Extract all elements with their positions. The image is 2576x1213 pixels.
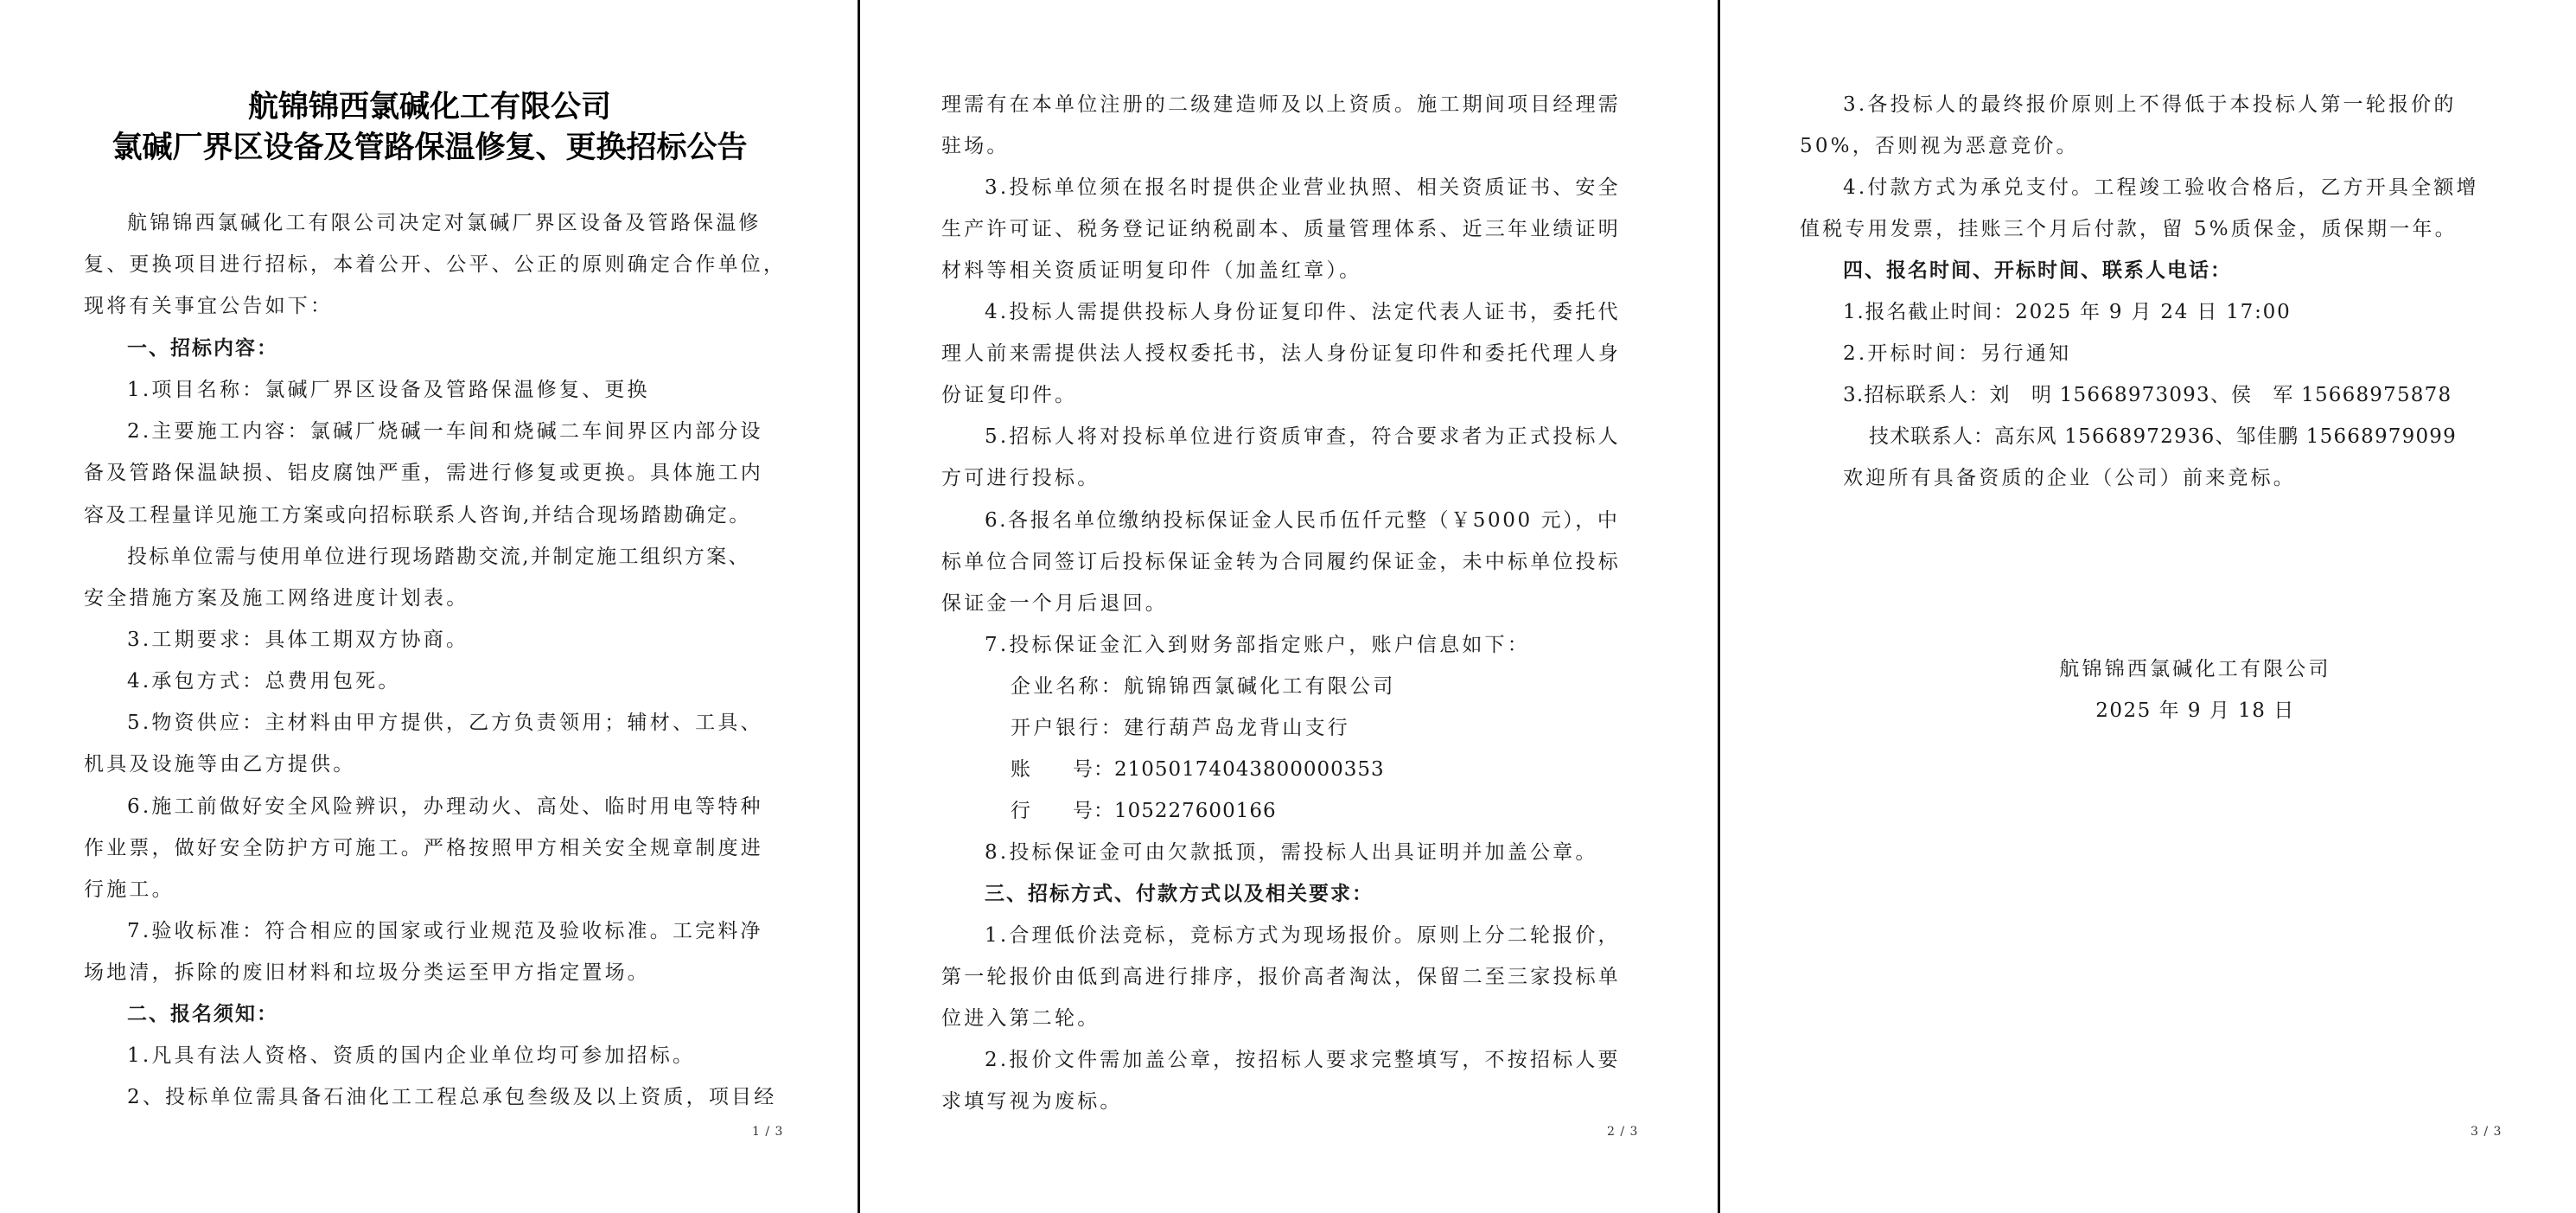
body-line: 8.投标保证金可由欠款抵顶，需投标人出具证明并加盖公章。	[941, 840, 1598, 865]
body-line: 安全措施方案及施工网络进度计划表。	[84, 586, 469, 610]
body-line: 保证金一个月后退回。	[941, 591, 1168, 616]
body-line: 位进入第二轮。	[941, 1006, 1100, 1031]
body-line: 50%，否则视为恶意竞价。	[1800, 134, 2079, 158]
account-number: 账 号：21050174043800000353	[941, 757, 1385, 782]
body-line: 生产许可证、税务登记证纳税副本、质量管理体系、近三年业绩证明	[941, 217, 1621, 241]
body-line: 4.承包方式：总费用包死。	[84, 669, 401, 693]
body-line: 5.招标人将对投标单位进行资质审查，符合要求者为正式投标人	[941, 425, 1621, 449]
page-2-content: 理需有在本单位注册的二级建造师及以上资质。施工期间项目经理需 驻场。 3.投标单…	[941, 0, 1637, 1213]
body-line: 行施工。	[84, 878, 175, 902]
body-line: 驻场。	[941, 134, 1010, 158]
body-line: 2.主要施工内容：氯碱厂烧碱一车间和烧碱二车间界区内部分设	[84, 419, 763, 444]
signature-company: 航锦锦西氯碱化工有限公司	[1895, 657, 2496, 681]
bid-opening-time: 2.开标时间：另行通知	[1800, 342, 2071, 366]
body-line: 3.工期要求：具体工期双方协商。	[84, 628, 469, 652]
body-line: 4.付款方式为承兑支付。工程竣工验收合格后，乙方开具全额增	[1800, 176, 2479, 200]
notice-title-subject: 氯碱厂界区设备及管路保温修复、更换招标公告	[84, 124, 775, 167]
section-heading-4: 四、报名时间、开标时间、联系人电话：	[1800, 259, 2232, 283]
welcome-line: 欢迎所有具备资质的企业（公司）前来竞标。	[1800, 466, 2296, 490]
bank-code: 行 号：105227600166	[941, 799, 1277, 823]
body-line: 6.施工前做好安全风险辨识，办理动火、高处、临时用电等特种	[84, 795, 763, 819]
body-line: 备及管路保温缺损、铝皮腐蚀严重，需进行修复或更换。具体施工内	[84, 461, 763, 485]
signature-date: 2025 年 9 月 18 日	[1895, 699, 2496, 723]
body-line: 2.报价文件需加盖公章，按招标人要求完整填写，不按招标人要	[941, 1048, 1621, 1072]
page-1: 航锦锦西氯碱化工有限公司 氯碱厂界区设备及管路保温修复、更换招标公告 航锦锦西氯…	[0, 0, 858, 1213]
body-line: 7.投标保证金汇入到财务部指定账户，账户信息如下：	[941, 633, 1530, 657]
body-line: 4.投标人需提供投标人身份证复印件、法定代表人证书，委托代	[941, 300, 1621, 324]
page-1-content: 航锦锦西氯碱化工有限公司 氯碱厂界区设备及管路保温修复、更换招标公告 航锦锦西氯…	[84, 0, 775, 1213]
body-line: 1.凡具有法人资格、资质的国内企业单位均可参加招标。	[84, 1044, 695, 1068]
intro-line: 现将有关事宜公告如下：	[84, 294, 333, 318]
body-line: 3.投标单位须在报名时提供企业营业执照、相关资质证书、安全	[941, 176, 1621, 200]
notice-title-company: 航锦锦西氯碱化工有限公司	[84, 83, 775, 126]
tender-contacts: 3.招标联系人：刘 明 15668973093、侯 军 15668975878	[1800, 383, 2452, 407]
account-bank: 开户银行：建行葫芦岛龙背山支行	[941, 716, 1350, 740]
account-company-name: 企业名称：航锦锦西氯碱化工有限公司	[941, 674, 1395, 699]
body-line: 理需有在本单位注册的二级建造师及以上资质。施工期间项目经理需	[941, 93, 1621, 117]
page-number: 1 / 3	[752, 1125, 783, 1139]
page-number: 2 / 3	[1607, 1125, 1638, 1139]
body-line: 7.验收标准：符合相应的国家或行业规范及验收标准。工完料净	[84, 919, 763, 943]
section-heading-3: 三、招标方式、付款方式以及相关要求：	[941, 882, 1374, 906]
intro-line: 航锦锦西氯碱化工有限公司决定对氯碱厂界区设备及管路保温修	[84, 211, 762, 235]
body-line: 方可进行投标。	[941, 466, 1100, 490]
body-line: 5.物资供应：主材料由甲方提供，乙方负责领用；辅材、工具、	[84, 711, 763, 735]
body-line: 机具及设施等由乙方提供。	[84, 752, 355, 776]
body-line: 投标单位需与使用单位进行现场踏勘交流,并制定施工组织方案、	[84, 545, 750, 569]
body-line: 1.项目名称：氯碱厂界区设备及管路保温修复、更换	[84, 378, 650, 402]
body-line: 第一轮报价由低到高进行排序，报价高者淘汰，保留二至三家投标单	[941, 965, 1621, 989]
page-2: 理需有在本单位注册的二级建造师及以上资质。施工期间项目经理需 驻场。 3.投标单…	[860, 0, 1718, 1213]
body-line: 理人前来需提供法人授权委托书，法人身份证复印件和委托代理人身	[941, 342, 1621, 366]
body-line: 作业票，做好安全防护方可施工。严格按照甲方相关安全规章制度进	[84, 836, 763, 860]
body-line: 容及工程量详见施工方案或向招标联系人咨询,并结合现场踏勘确定。	[84, 503, 751, 527]
body-line: 2、投标单位需具备石油化工工程总承包叁级及以上资质，项目经	[84, 1085, 776, 1109]
intro-line: 复、更换项目进行招标，本着公开、公平、公正的原则确定合作单位，	[84, 252, 786, 277]
body-line: 值税专用发票，挂账三个月后付款，留 5%质保金，质保期一年。	[1800, 217, 2458, 241]
body-line: 3.各投标人的最终报价原则上不得低于本投标人第一轮报价的	[1800, 93, 2457, 117]
body-line: 标单位合同签订后投标保证金转为合同履约保证金，未中标单位投标	[941, 550, 1621, 574]
page-3: 3.各投标人的最终报价原则上不得低于本投标人第一轮报价的 50%，否则视为恶意竞…	[1720, 0, 2576, 1213]
body-line: 1.合理低价法竞标，竞标方式为现场报价。原则上分二轮报价，	[941, 923, 1621, 948]
page-number: 3 / 3	[2471, 1125, 2502, 1139]
section-heading-1: 一、招标内容：	[84, 336, 278, 361]
body-line: 求填写视为废标。	[941, 1089, 1123, 1114]
body-line: 材料等相关资质证明复印件（加盖红章）。	[941, 259, 1361, 283]
body-line: 6.各报名单位缴纳投标保证金人民币伍仟元整（￥5000 元），中	[941, 508, 1620, 533]
section-heading-2: 二、报名须知：	[84, 1002, 278, 1026]
registration-deadline: 1.报名截止时间：2025 年 9 月 24 日 17:00	[1800, 300, 2292, 324]
body-line: 场地清，拆除的废旧材料和垃圾分类运至甲方指定置场。	[84, 961, 650, 985]
technical-contacts: 技术联系人：高东风 15668972936、邹佳鹏 15668979099	[1800, 425, 2457, 449]
body-line: 份证复印件。	[941, 383, 1077, 407]
page-3-content: 3.各投标人的最终报价原则上不得低于本投标人第一轮报价的 50%，否则视为恶意竞…	[1800, 0, 2496, 1213]
